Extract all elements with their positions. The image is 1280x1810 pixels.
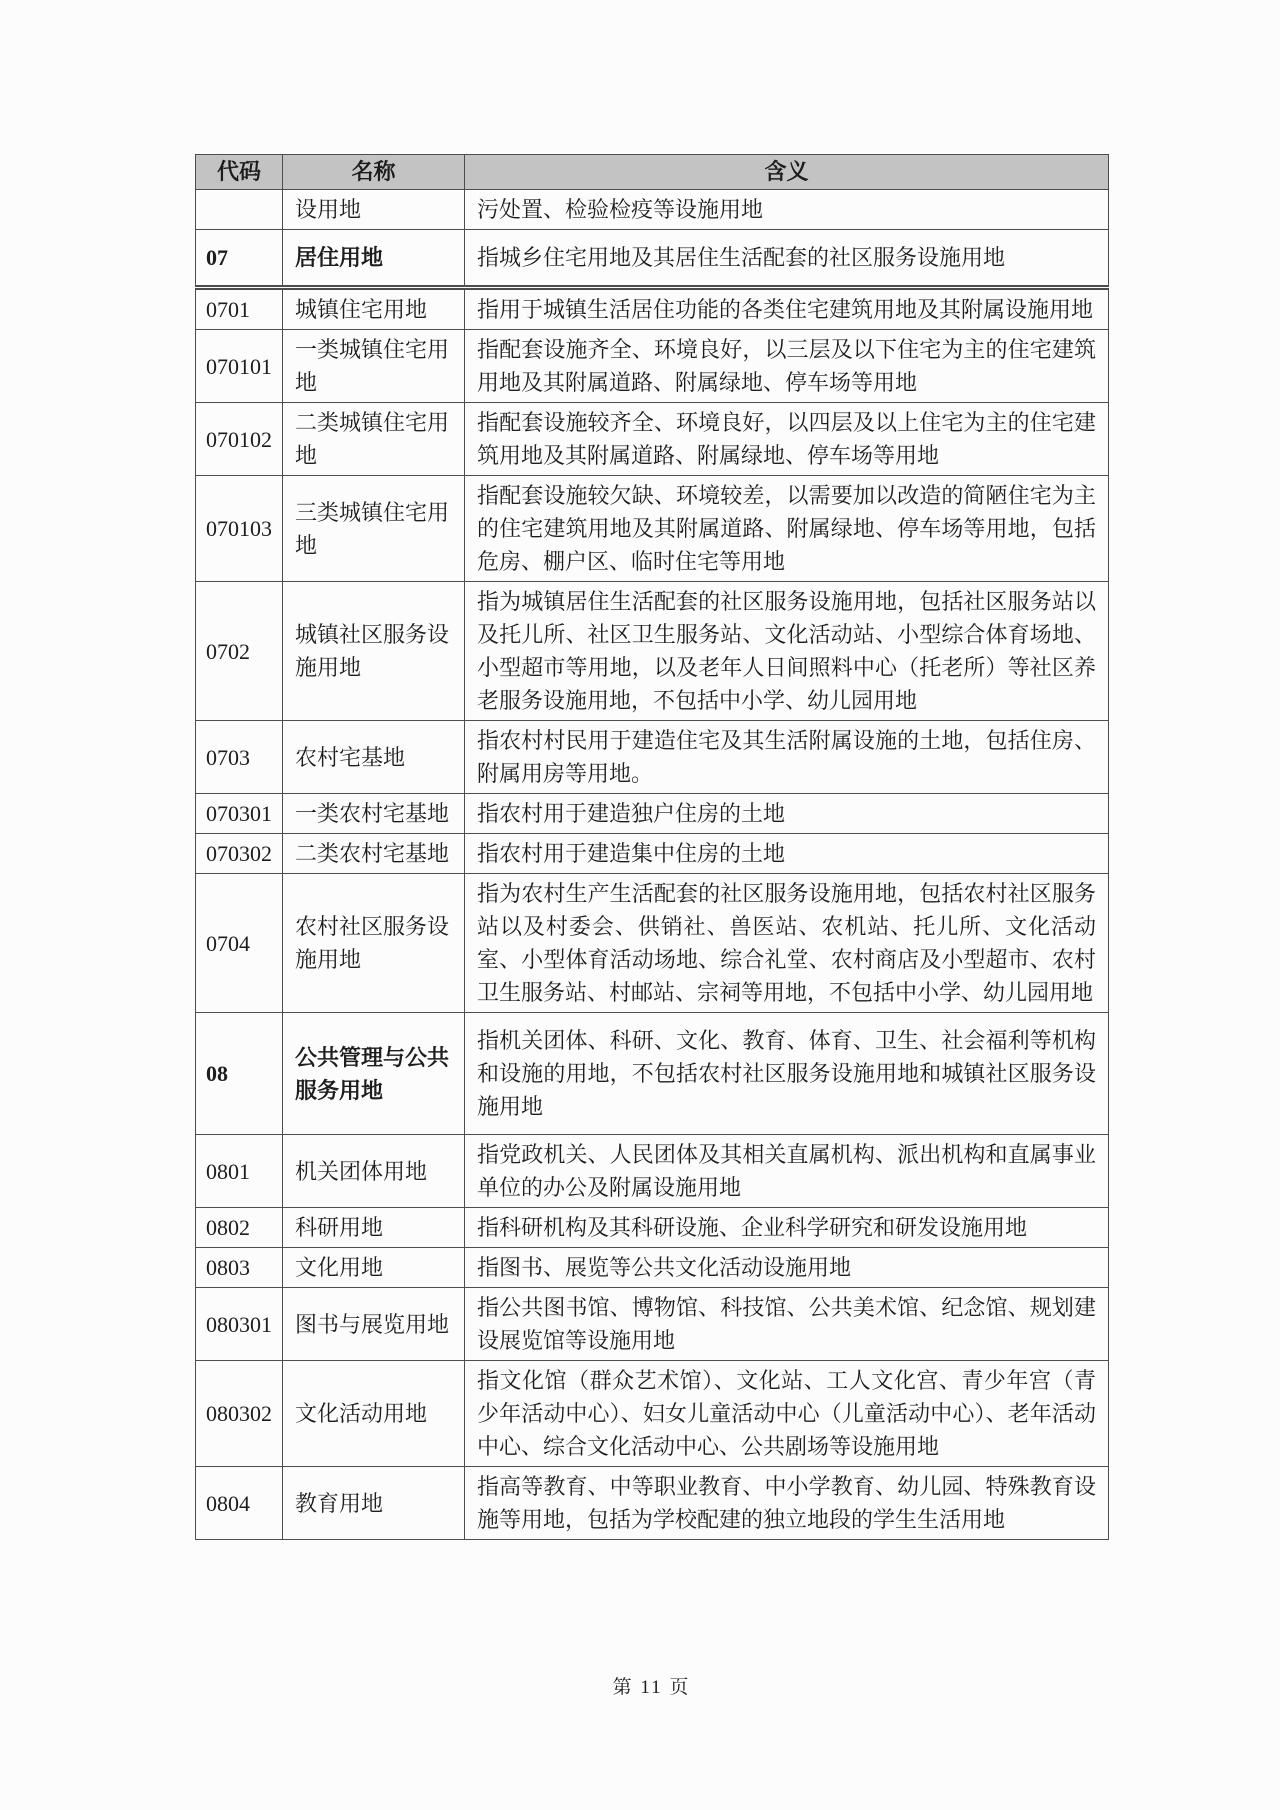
table-row: 0702 城镇社区服务设施用地 指为城镇居住生活配套的社区服务设施用地，包括社区… bbox=[196, 582, 1109, 721]
code-cell: 070301 bbox=[196, 794, 283, 834]
name-cell: 农村宅基地 bbox=[283, 721, 465, 794]
meaning-cell: 指高等教育、中等职业教育、中小学教育、幼儿园、特殊教育设施等用地，包括为学校配建… bbox=[465, 1467, 1109, 1540]
code-cell: 0801 bbox=[196, 1135, 283, 1208]
code-cell: 0702 bbox=[196, 582, 283, 721]
name-cell: 设用地 bbox=[283, 190, 465, 230]
table-row: 0704 农村社区服务设施用地 指为农村生产生活配套的社区服务设施用地，包括农村… bbox=[196, 874, 1109, 1013]
name-cell: 居住用地 bbox=[283, 230, 465, 288]
name-cell: 教育用地 bbox=[283, 1467, 465, 1540]
meaning-cell: 指配套设施较欠缺、环境较差，以需要加以改造的简陋住宅为主的住宅建筑用地及其附属道… bbox=[465, 476, 1109, 582]
meaning-cell: 指配套设施较齐全、环境良好，以四层及以上住宅为主的住宅建筑用地及其附属道路、附属… bbox=[465, 403, 1109, 476]
table-row: 0803 文化用地 指图书、展览等公共文化活动设施用地 bbox=[196, 1248, 1109, 1288]
table-row: 070101 一类城镇住宅用地 指配套设施齐全、环境良好，以三层及以下住宅为主的… bbox=[196, 330, 1109, 403]
code-cell: 070102 bbox=[196, 403, 283, 476]
name-cell: 文化用地 bbox=[283, 1248, 465, 1288]
table-row: 0701 城镇住宅用地 指用于城镇生活居住功能的各类住宅建筑用地及其附属设施用地 bbox=[196, 288, 1109, 330]
name-cell: 文化活动用地 bbox=[283, 1361, 465, 1467]
page-number-footer: 第 11 页 bbox=[195, 1672, 1108, 1699]
meaning-cell: 指为城镇居住生活配套的社区服务设施用地，包括社区服务站以及托儿所、社区卫生服务站… bbox=[465, 582, 1109, 721]
name-cell: 农村社区服务设施用地 bbox=[283, 874, 465, 1013]
column-header-name: 名称 bbox=[283, 155, 465, 190]
code-cell: 080301 bbox=[196, 1288, 283, 1361]
table-row: 0802 科研用地 指科研机构及其科研设施、企业科学研究和研发设施用地 bbox=[196, 1208, 1109, 1248]
code-cell: 08 bbox=[196, 1013, 283, 1135]
meaning-cell: 污处置、检验检疫等设施用地 bbox=[465, 190, 1109, 230]
table-row: 070102 二类城镇住宅用地 指配套设施较齐全、环境良好，以四层及以上住宅为主… bbox=[196, 403, 1109, 476]
name-cell: 公共管理与公共服务用地 bbox=[283, 1013, 465, 1135]
meaning-cell: 指城乡住宅用地及其居住生活配套的社区服务设施用地 bbox=[465, 230, 1109, 288]
column-header-code: 代码 bbox=[196, 155, 283, 190]
name-cell: 三类城镇住宅用地 bbox=[283, 476, 465, 582]
table-row: 080302 文化活动用地 指文化馆（群众艺术馆）、文化站、工人文化宫、青少年宫… bbox=[196, 1361, 1109, 1467]
table-body: 设用地 污处置、检验检疫等设施用地 07 居住用地 指城乡住宅用地及其居住生活配… bbox=[196, 190, 1109, 1540]
meaning-cell: 指党政机关、人民团体及其相关直属机构、派出机构和直属事业单位的办公及附属设施用地 bbox=[465, 1135, 1109, 1208]
name-cell: 二类农村宅基地 bbox=[283, 834, 465, 874]
name-cell: 图书与展览用地 bbox=[283, 1288, 465, 1361]
table-row: 0801 机关团体用地 指党政机关、人民团体及其相关直属机构、派出机构和直属事业… bbox=[196, 1135, 1109, 1208]
name-cell: 一类农村宅基地 bbox=[283, 794, 465, 834]
meaning-cell: 指图书、展览等公共文化活动设施用地 bbox=[465, 1248, 1109, 1288]
land-use-classification-table: 代码 名称 含义 设用地 污处置、检验检疫等设施用地 07 居住用地 指城乡住宅… bbox=[195, 154, 1109, 1540]
code-cell: 0802 bbox=[196, 1208, 283, 1248]
code-cell: 080302 bbox=[196, 1361, 283, 1467]
name-cell: 城镇住宅用地 bbox=[283, 288, 465, 330]
code-cell: 070103 bbox=[196, 476, 283, 582]
name-cell: 城镇社区服务设施用地 bbox=[283, 582, 465, 721]
header-row: 代码 名称 含义 bbox=[196, 155, 1109, 190]
meaning-cell: 指农村用于建造独户住房的土地 bbox=[465, 794, 1109, 834]
table-row: 07 居住用地 指城乡住宅用地及其居住生活配套的社区服务设施用地 bbox=[196, 230, 1109, 288]
meaning-cell: 指公共图书馆、博物馆、科技馆、公共美术馆、纪念馆、规划建设展览馆等设施用地 bbox=[465, 1288, 1109, 1361]
table-header: 代码 名称 含义 bbox=[196, 155, 1109, 190]
meaning-cell: 指文化馆（群众艺术馆）、文化站、工人文化宫、青少年宫（青少年活动中心）、妇女儿童… bbox=[465, 1361, 1109, 1467]
code-cell bbox=[196, 190, 283, 230]
code-cell: 0701 bbox=[196, 288, 283, 330]
code-cell: 0703 bbox=[196, 721, 283, 794]
table-row: 070302 二类农村宅基地 指农村用于建造集中住房的土地 bbox=[196, 834, 1109, 874]
table-row: 0804 教育用地 指高等教育、中等职业教育、中小学教育、幼儿园、特殊教育设施等… bbox=[196, 1467, 1109, 1540]
table-row: 070301 一类农村宅基地 指农村用于建造独户住房的土地 bbox=[196, 794, 1109, 834]
table-row: 08 公共管理与公共服务用地 指机关团体、科研、文化、教育、体育、卫生、社会福利… bbox=[196, 1013, 1109, 1135]
meaning-cell: 指机关团体、科研、文化、教育、体育、卫生、社会福利等机构和设施的用地，不包括农村… bbox=[465, 1013, 1109, 1135]
document-page: { "colors":{ "header_bg":"#c3c3c3", "bor… bbox=[0, 0, 1280, 1810]
code-cell: 07 bbox=[196, 230, 283, 288]
meaning-cell: 指科研机构及其科研设施、企业科学研究和研发设施用地 bbox=[465, 1208, 1109, 1248]
meaning-cell: 指为农村生产生活配套的社区服务设施用地，包括农村社区服务站以及村委会、供销社、兽… bbox=[465, 874, 1109, 1013]
name-cell: 科研用地 bbox=[283, 1208, 465, 1248]
table-row: 080301 图书与展览用地 指公共图书馆、博物馆、科技馆、公共美术馆、纪念馆、… bbox=[196, 1288, 1109, 1361]
table-row: 070103 三类城镇住宅用地 指配套设施较欠缺、环境较差，以需要加以改造的简陋… bbox=[196, 476, 1109, 582]
name-cell: 一类城镇住宅用地 bbox=[283, 330, 465, 403]
code-cell: 0804 bbox=[196, 1467, 283, 1540]
column-header-meaning: 含义 bbox=[465, 155, 1109, 190]
table-row: 设用地 污处置、检验检疫等设施用地 bbox=[196, 190, 1109, 230]
meaning-cell: 指用于城镇生活居住功能的各类住宅建筑用地及其附属设施用地 bbox=[465, 288, 1109, 330]
table-row: 0703 农村宅基地 指农村村民用于建造住宅及其生活附属设施的土地，包括住房、附… bbox=[196, 721, 1109, 794]
meaning-cell: 指农村用于建造集中住房的土地 bbox=[465, 834, 1109, 874]
land-use-classification-table-wrap: 代码 名称 含义 设用地 污处置、检验检疫等设施用地 07 居住用地 指城乡住宅… bbox=[195, 154, 1108, 1540]
code-cell: 0704 bbox=[196, 874, 283, 1013]
code-cell: 0803 bbox=[196, 1248, 283, 1288]
name-cell: 二类城镇住宅用地 bbox=[283, 403, 465, 476]
code-cell: 070101 bbox=[196, 330, 283, 403]
meaning-cell: 指农村村民用于建造住宅及其生活附属设施的土地，包括住房、附属用房等用地。 bbox=[465, 721, 1109, 794]
code-cell: 070302 bbox=[196, 834, 283, 874]
meaning-cell: 指配套设施齐全、环境良好，以三层及以下住宅为主的住宅建筑用地及其附属道路、附属绿… bbox=[465, 330, 1109, 403]
name-cell: 机关团体用地 bbox=[283, 1135, 465, 1208]
